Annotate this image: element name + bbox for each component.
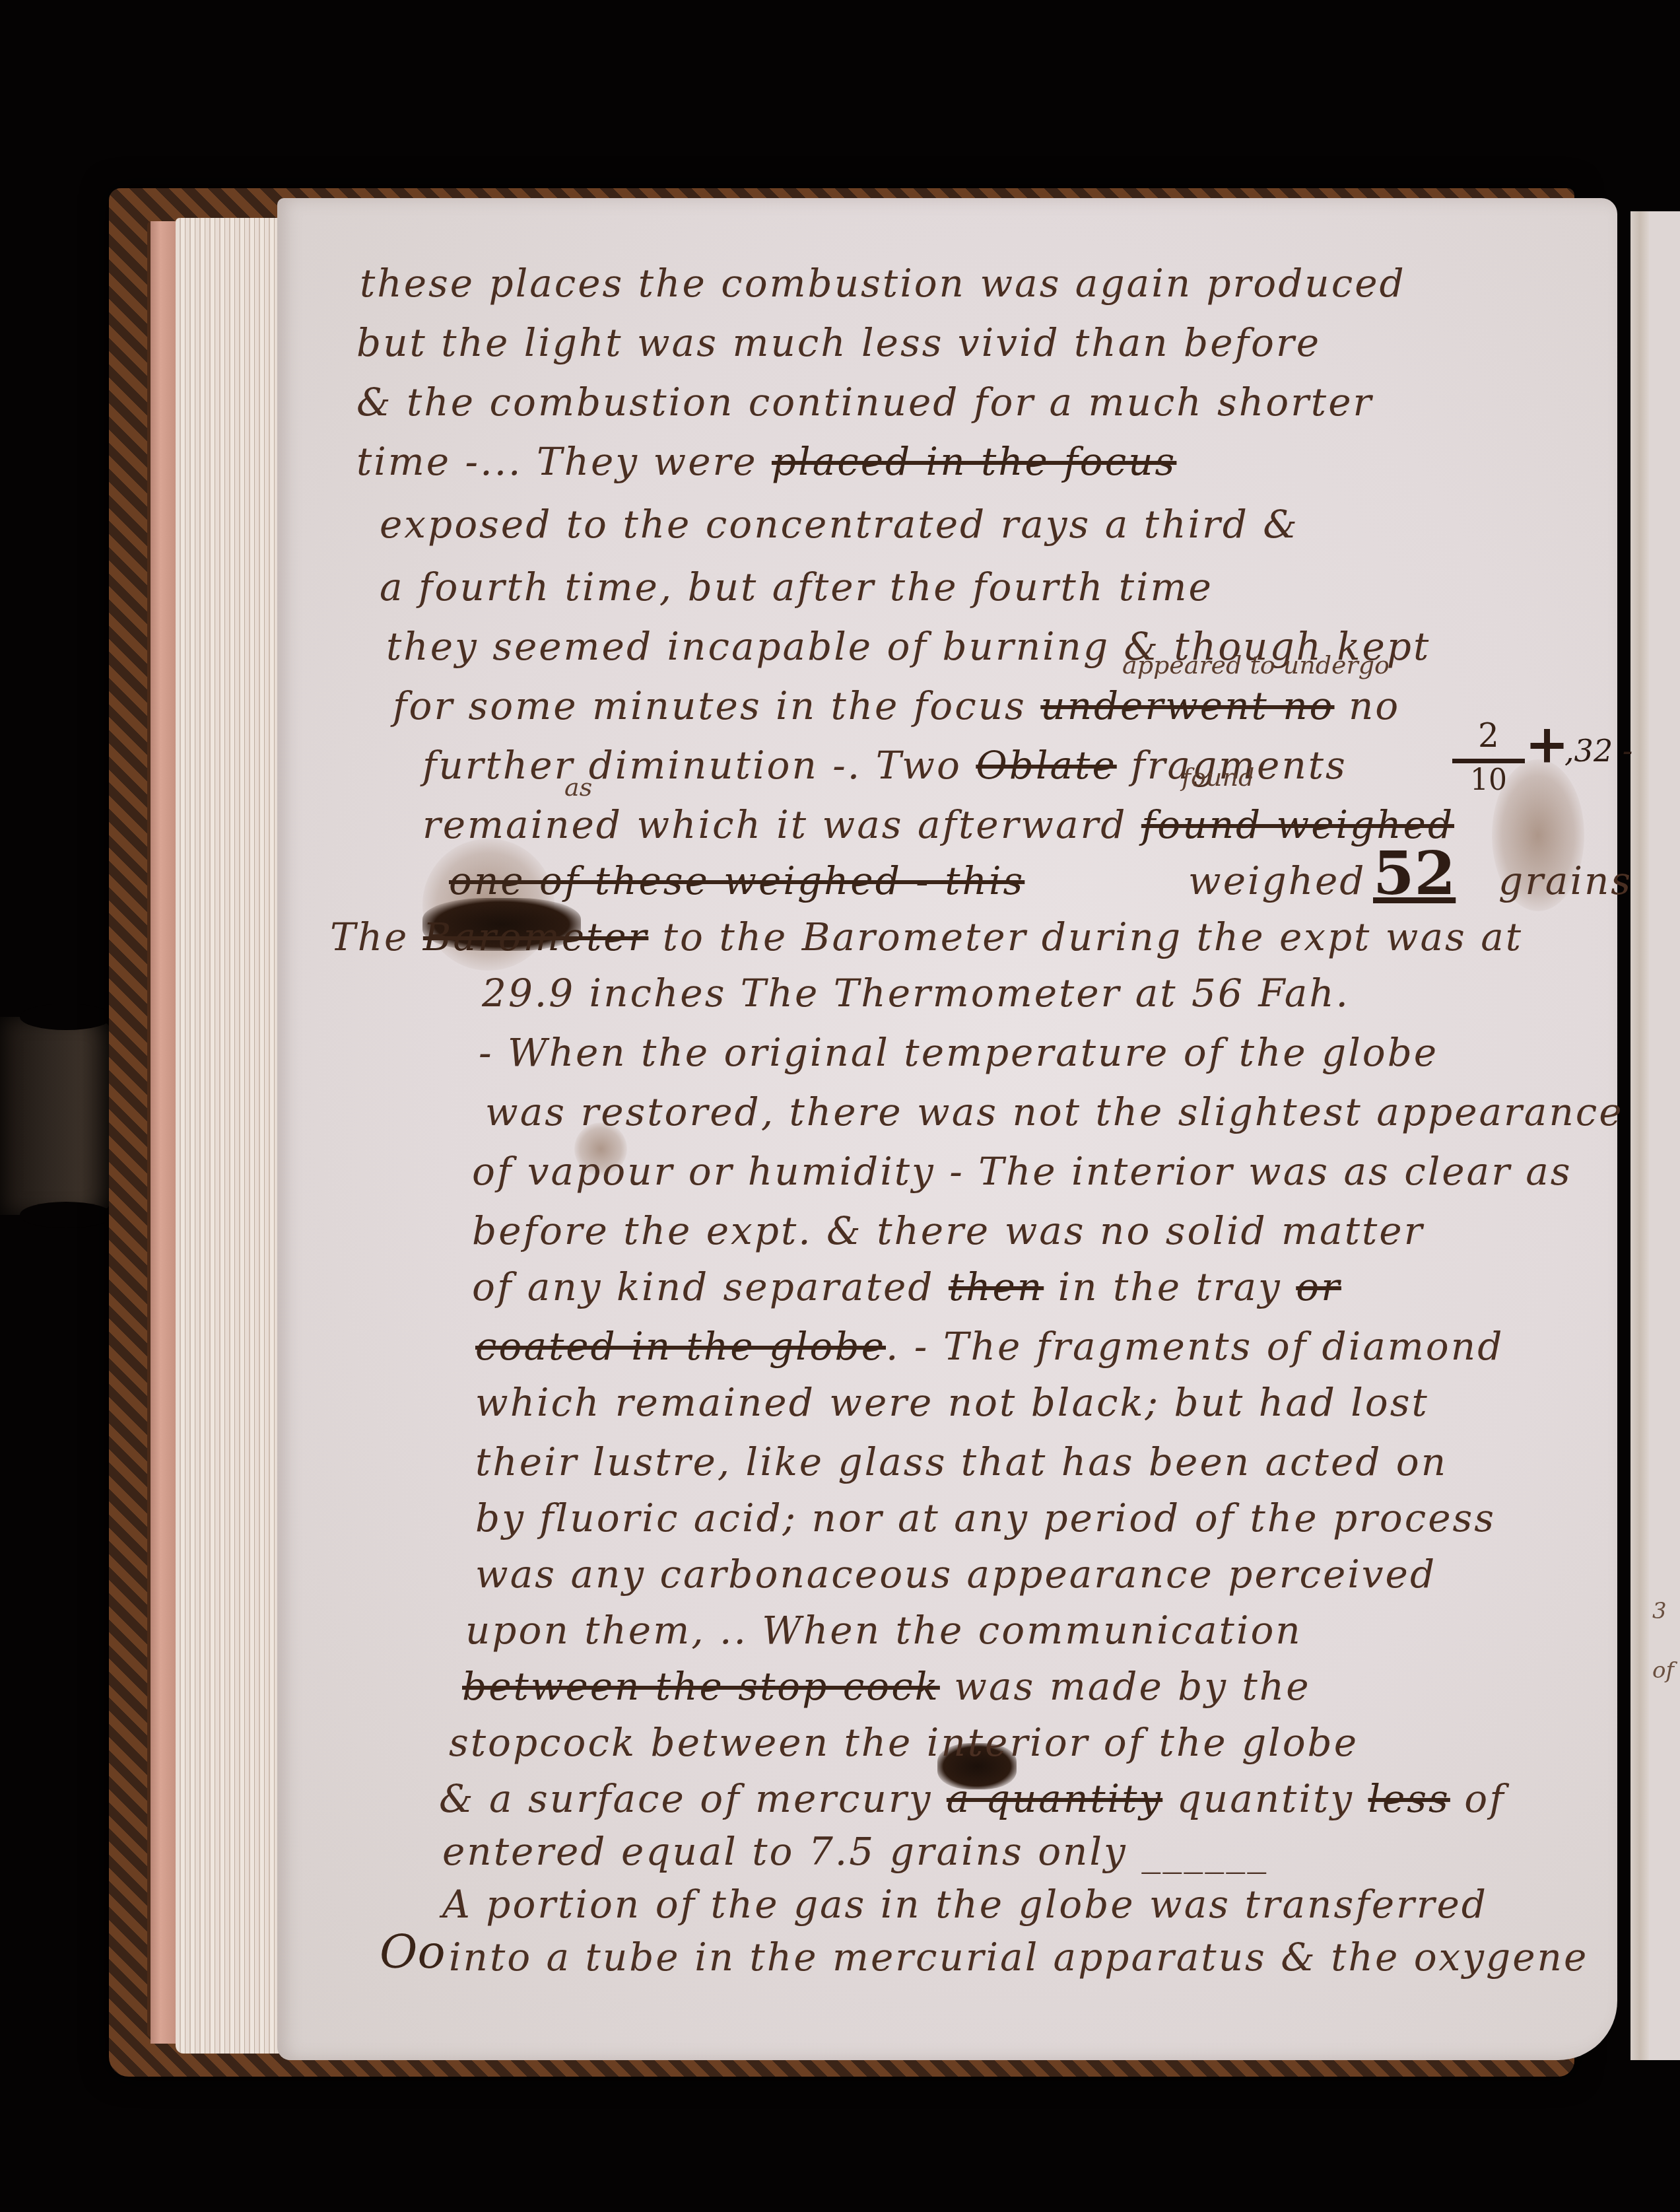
- struck-text: then: [949, 1264, 1044, 1309]
- struck-text: a quantity: [947, 1776, 1162, 1821]
- struck-text: underwent no: [1040, 683, 1334, 728]
- weight-value-52: 52: [1373, 839, 1456, 909]
- manuscript-line-10: remained which it was afterward found we…: [422, 802, 1454, 847]
- manuscript-line-27: & a surface of mercury a quantity quanti…: [439, 1776, 1506, 1821]
- page-gutter: [1630, 211, 1649, 2060]
- struck-text: between the stop cock: [462, 1664, 940, 1709]
- next-page-mark-2: of: [1652, 1657, 1674, 1684]
- manuscript-line-23: was any carbonaceous appearance perceive…: [475, 1552, 1436, 1597]
- weighed-label: weighed: [1188, 858, 1366, 903]
- manuscript-line-2: but the light was much less vivid than b…: [356, 320, 1321, 365]
- left-margin-mark: Oo: [380, 1925, 446, 1979]
- manuscript-line-8: for some minutes in the focus underwent …: [393, 683, 1400, 728]
- struck-text: Barometer: [423, 915, 649, 959]
- book-clasp: [0, 1017, 116, 1215]
- grains-label: grains: [1498, 858, 1632, 903]
- manuscript-line-29: A portion of the gas in the globe was tr…: [442, 1882, 1488, 1927]
- struck-text: Oblate: [976, 743, 1116, 788]
- manuscript-line-16: of vapour or humidity - The interior was…: [472, 1149, 1572, 1194]
- manuscript-line-12: The Barometer to the Barometer during th…: [330, 915, 1523, 959]
- manuscript-line-30: into a tube in the mercurial apparatus &…: [449, 1935, 1588, 1980]
- page-stack-edges: [176, 218, 294, 2054]
- manuscript-line-13: 29.9 inches The Thermometer at 56 Fah.: [482, 971, 1350, 1016]
- manuscript-line-6: a fourth time, but after the fourth time: [380, 565, 1213, 609]
- struck-text: less: [1368, 1776, 1450, 1821]
- manuscript-line-14: - When the original temperature of the g…: [479, 1030, 1438, 1075]
- margin-plus-sign: +: [1525, 713, 1569, 775]
- manuscript-line-15: was restored, there was not the slightes…: [485, 1089, 1624, 1134]
- manuscript-line-11: one of these weighed - this: [449, 858, 1025, 903]
- marbled-endpaper: [151, 221, 176, 2044]
- insertion-as: as: [564, 773, 592, 802]
- next-page-edge: [1649, 211, 1680, 2060]
- margin-decimal: ,32 -: [1564, 733, 1632, 769]
- manuscript-line-20: which remained were not black; but had l…: [475, 1380, 1429, 1425]
- insertion-found: found: [1182, 763, 1254, 792]
- manuscript-line-4: time -... They were placed in the focus: [356, 439, 1176, 484]
- manuscript-line-21: their lustre, like glass that has been a…: [475, 1439, 1448, 1484]
- struck-text: placed in the focus: [772, 439, 1176, 484]
- manuscript-line-1: these places the combustion was again pr…: [360, 261, 1406, 306]
- manuscript-line-25: between the stop cock was made by the: [462, 1664, 1311, 1709]
- manuscript-line-19: coated in the globe. - The fragments of …: [475, 1324, 1504, 1369]
- struck-text: or: [1296, 1264, 1341, 1309]
- manuscript-line-5: exposed to the concentrated rays a third…: [380, 502, 1299, 547]
- manuscript-line-24: upon them, .. When the communication: [465, 1608, 1302, 1653]
- insertion-appeared-to-undergo: appeared to undergo: [1122, 650, 1390, 679]
- struck-text: coated in the globe: [475, 1324, 886, 1369]
- margin-fraction: 2 10: [1452, 716, 1525, 797]
- manuscript-line-17: before the expt. & there was no solid ma…: [472, 1208, 1424, 1253]
- manuscript-line-3: & the combustion continued for a much sh…: [356, 380, 1373, 425]
- next-page-mark-1: 3: [1652, 1598, 1667, 1624]
- struck-text: one of these weighed - this: [449, 858, 1025, 903]
- manuscript-line-26: stopcock between the interior of the glo…: [449, 1720, 1359, 1765]
- manuscript-line-18: of any kind separated then in the tray o…: [472, 1264, 1341, 1309]
- manuscript-line-22: by fluoric acid; nor at any period of th…: [475, 1496, 1496, 1540]
- manuscript-line-28: entered equal to 7.5 grains only ______: [442, 1829, 1268, 1874]
